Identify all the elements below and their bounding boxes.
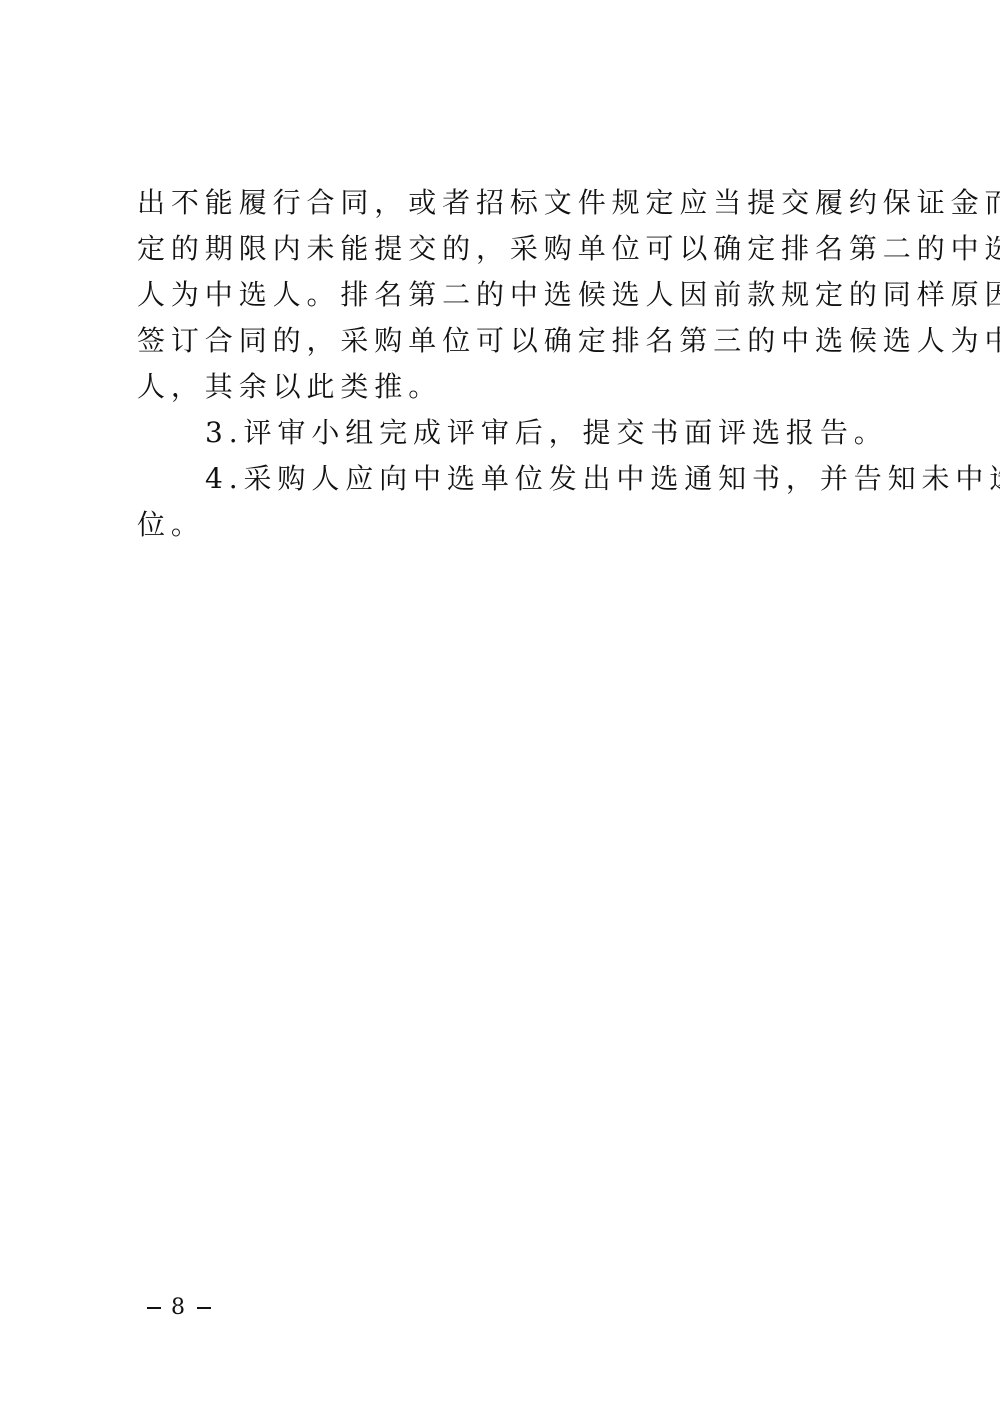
document-page: 出不能履行合同，或者招标文件规定应当提交履约保证金而在规 定的期限内未能提交的，…	[0, 0, 1000, 1414]
paragraph-line: 位。	[137, 502, 885, 548]
paragraph-line: 签订合同的，采购单位可以确定排名第三的中选候选人为中选	[137, 318, 885, 364]
dash-right	[197, 1307, 211, 1309]
dash-left	[147, 1307, 161, 1309]
page-number-footer: 8	[137, 1290, 221, 1326]
body-text: 出不能履行合同，或者招标文件规定应当提交履约保证金而在规 定的期限内未能提交的，…	[137, 180, 885, 548]
paragraph-line: 人，其余以此类推。	[137, 364, 885, 410]
numbered-item-4: 4.采购人应向中选单位发出中选通知书，并告知未中选单	[137, 456, 885, 502]
paragraph-line: 人为中选人。排名第二的中选候选人因前款规定的同样原因不能	[137, 272, 885, 318]
numbered-item-3: 3.评审小组完成评审后，提交书面评选报告。	[137, 410, 885, 456]
page-number: 8	[171, 1295, 187, 1320]
paragraph-line: 出不能履行合同，或者招标文件规定应当提交履约保证金而在规	[137, 180, 885, 226]
paragraph-line: 定的期限内未能提交的，采购单位可以确定排名第二的中选候选	[137, 226, 885, 272]
